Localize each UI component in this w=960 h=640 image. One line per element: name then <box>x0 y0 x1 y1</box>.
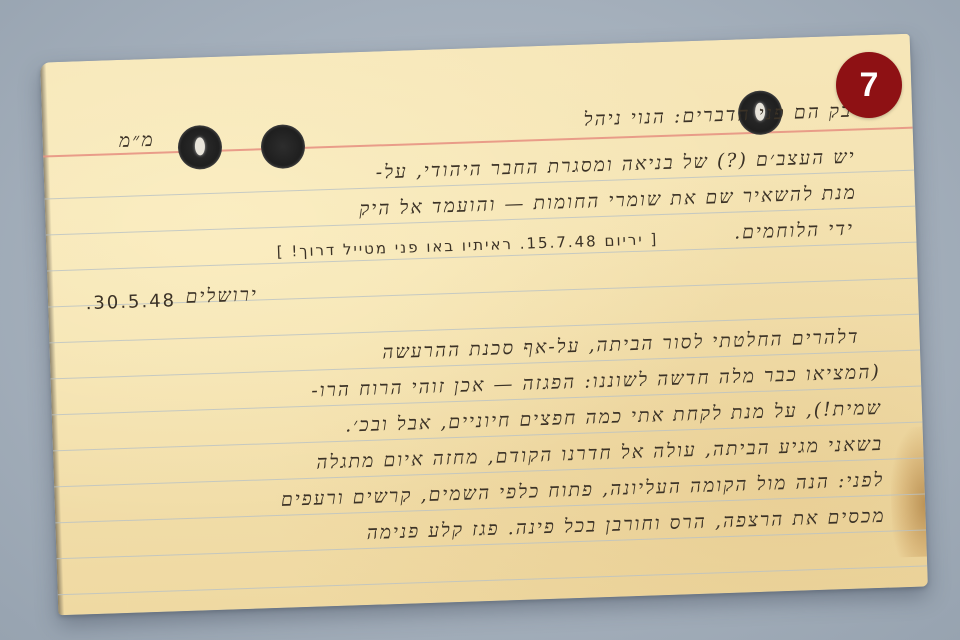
signature-date: 30.5.48. <box>85 290 176 314</box>
ruled-line <box>58 565 928 595</box>
index-card: מ״מ בק הם פני הדברים: הנוי ניהל יש העצב׳… <box>40 34 928 616</box>
signature-place: ירושלים <box>185 283 258 308</box>
header-right-text: בק הם פני הדברים: הנוי ניהל <box>583 100 852 132</box>
header-left-text: מ״מ <box>119 129 155 153</box>
handwritten-line: ידי הלוחמים. <box>734 218 855 245</box>
page-number-badge: 7 <box>836 52 902 118</box>
paper-stain <box>889 427 927 558</box>
document-viewer: מ״מ בק הם פני הדברים: הנוי ניהל יש העצב׳… <box>0 0 960 640</box>
punch-hole <box>177 125 222 170</box>
ruled-line <box>48 278 918 308</box>
punch-hole <box>260 124 305 169</box>
